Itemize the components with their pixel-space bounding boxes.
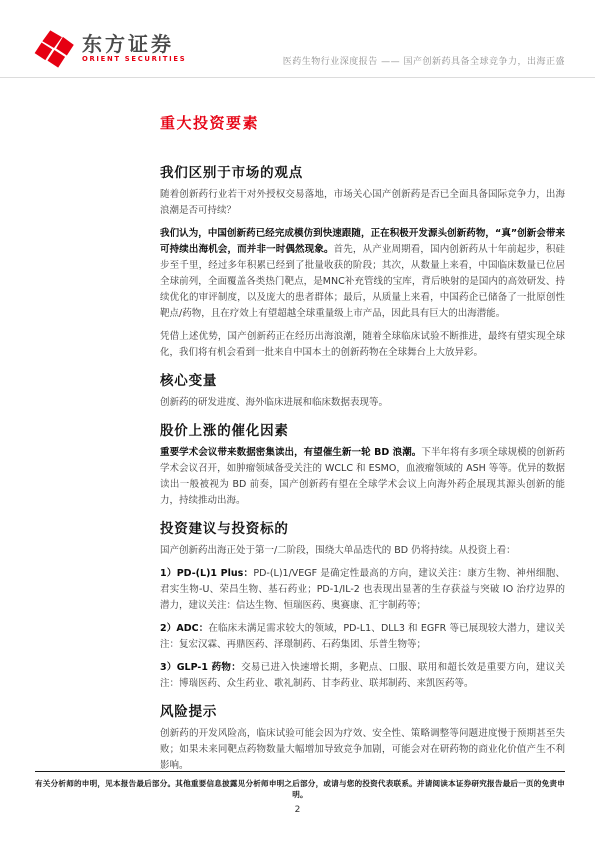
paragraph: 2）ADC：在临床未满足需求较大的领域，PD-L1、DLL3 和 EGFR 等已… (160, 621, 565, 653)
paragraph: 3）GLP-1 药物：交易已进入快速增长期，多靶点、口服、联用和超长效是重要方向… (160, 660, 565, 692)
paragraph-bold-lead: 1）PD-(L)1 Plus： (160, 568, 253, 579)
paragraph: 随着创新药行业若干对外授权交易落地，市场关心国产创新药是否已全面具备国际竞争力，… (160, 187, 565, 219)
paragraph-text: 在临床未满足需求较大的领域，PD-L1、DLL3 和 EGFR 等已展现较大潜力… (160, 623, 565, 650)
paragraph-bold-lead: 2）ADC： (160, 623, 208, 634)
section-heading-core-variables: 核心变量 (160, 369, 565, 389)
report-header-label: 医药生物行业深度报告 —— 国产创新药具备全球竞争力，出海正盛 (283, 54, 565, 67)
section-risk-warning: 风险提示 创新药的开发风险高，临床试验可能会因为疗效、安全性、策略调整等问题进度… (160, 700, 565, 774)
paragraph: 国产创新药出海正处于第一/二阶段，围绕大单品迭代的 BD 仍将持续。从投资上看： (160, 543, 565, 559)
report-content: 重大投资要素 我们区别于市场的观点 随着创新药行业若干对外授权交易落地，市场关心… (160, 78, 565, 781)
section-investment-advice: 投资建议与投资标的 国产创新药出海正处于第一/二阶段，围绕大单品迭代的 BD 仍… (160, 517, 565, 692)
paragraph-bold-lead: 3）GLP-1 药物： (160, 662, 241, 673)
section-market-view: 我们区别于市场的观点 随着创新药行业若干对外授权交易落地，市场关心国产创新药是否… (160, 161, 565, 361)
orient-securities-logo: 东方证券 ORIENT SECURITIES (34, 28, 186, 68)
section-catalysts: 股价上涨的催化因素 重要学术会议带来数据密集读出，有望催生新一轮 BD 浪潮。下… (160, 419, 565, 509)
paragraph-text: 创新药的开发风险高，临床试验可能会因为疗效、安全性、策略调整等问题进度慢于预期甚… (160, 728, 565, 771)
paragraph-bold-lead: 重要学术会议带来数据密集读出，有望催生新一轮 BD 浪潮。 (160, 447, 421, 458)
brand-name-cn: 东方证券 (82, 33, 186, 55)
page-number: 2 (0, 805, 595, 815)
paragraph: 创新药的开发风险高，临床试验可能会因为疗效、安全性、策略调整等问题进度慢于预期甚… (160, 726, 565, 774)
orient-diamond-logo-icon (34, 28, 74, 68)
footer-disclaimer: 有关分析师的申明，见本报告最后部分。其他重要信息披露见分析师申明之后部分，或请与… (35, 778, 565, 800)
brand-name-en: ORIENT SECURITIES (82, 55, 186, 64)
logo-text-block: 东方证券 ORIENT SECURITIES (82, 33, 186, 64)
section-heading-catalysts: 股价上涨的催化因素 (160, 419, 565, 439)
page-title: 重大投资要素 (160, 112, 565, 133)
paragraph-text: 创新药的研发进度、海外临床进展和临床数据表现等。 (160, 397, 388, 408)
paragraph-text: 凭借上述优势，国产创新药正在经历出海浪潮，随着全球临床试验不断推进，最终有望实现… (160, 331, 565, 358)
section-heading-investment-advice: 投资建议与投资标的 (160, 517, 565, 537)
section-heading-market-view: 我们区别于市场的观点 (160, 161, 565, 181)
paragraph: 我们认为，中国创新药已经完成模仿到快速跟随，正在积极开发源头创新药物，“真”创新… (160, 226, 565, 322)
page-footer: 有关分析师的申明，见本报告最后部分。其他重要信息披露见分析师申明之后部分，或请与… (35, 771, 565, 800)
section-heading-risk-warning: 风险提示 (160, 700, 565, 720)
paragraph-text: 随着创新药行业若干对外授权交易落地，市场关心国产创新药是否已全面具备国际竞争力，… (160, 189, 565, 216)
paragraph: 1）PD-(L)1 Plus：PD-(L)1/VEGF 是确定性最高的方向，建议… (160, 566, 565, 614)
paragraph: 凭借上述优势，国产创新药正在经历出海浪潮，随着全球临床试验不断推进，最终有望实现… (160, 329, 565, 361)
paragraph: 创新药的研发进度、海外临床进展和临床数据表现等。 (160, 395, 565, 411)
paragraph: 重要学术会议带来数据密集读出，有望催生新一轮 BD 浪潮。下半年将有多项全球规模… (160, 445, 565, 509)
section-core-variables: 核心变量 创新药的研发进度、海外临床进展和临床数据表现等。 (160, 369, 565, 411)
paragraph-text: 首先，从产业周期看，国内创新药从十年前起步，积硅步至千里，经过多年积累已经到了批… (160, 244, 565, 319)
report-page: 东方证券 ORIENT SECURITIES 医药生物行业深度报告 —— 国产创… (0, 0, 595, 841)
paragraph-text: 国产创新药出海正处于第一/二阶段，围绕大单品迭代的 BD 仍将持续。从投资上看： (160, 545, 516, 556)
page-header: 东方证券 ORIENT SECURITIES 医药生物行业深度报告 —— 国产创… (0, 0, 595, 78)
